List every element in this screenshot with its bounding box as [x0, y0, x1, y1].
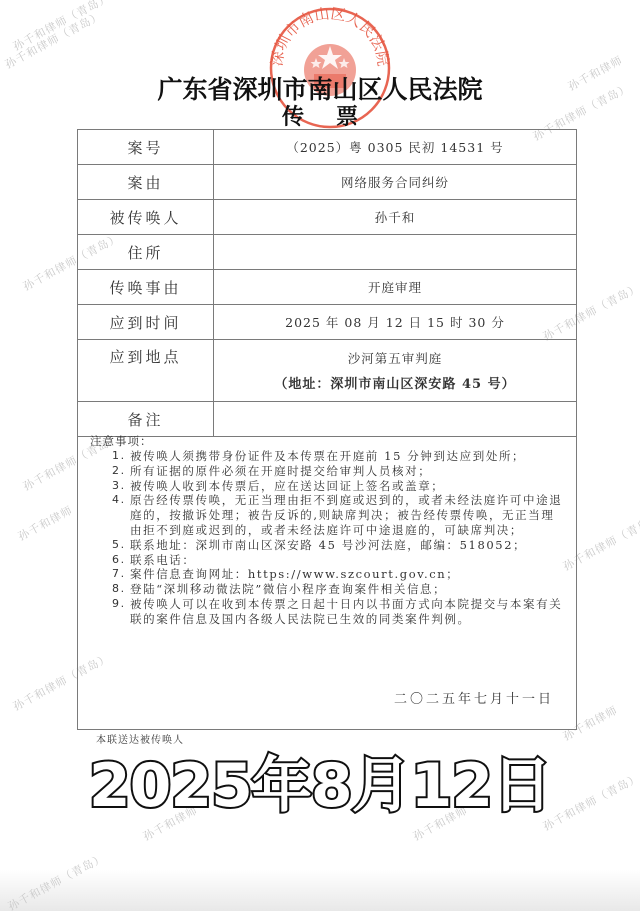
residence-value	[214, 235, 577, 270]
row-label: 应到时间	[78, 305, 214, 340]
summons-info-table: 案号 （2025）粤 0305 民初 14531 号 案由 网络服务合同纠纷 被…	[77, 129, 577, 437]
document-type-title: 传票	[0, 100, 640, 131]
item-number: 1.	[112, 449, 130, 464]
list-item: 4.原告经传票传唤，无正当理由拒不到庭或迟到的，或者未经法庭许可中途退庭的，按撤…	[112, 493, 567, 537]
doc-type-char: 票	[336, 104, 358, 130]
table-row: 应到时间 2025 年 08 月 12 日 15 时 30 分	[78, 305, 577, 340]
item-text: 原告经传票传唤，无正当理由拒不到庭或迟到的，或者未经法庭许可中途退庭的，按撤诉处…	[130, 493, 567, 537]
appearance-place-value: 沙河第五审判庭 （地址：深圳市南山区深安路 45 号）	[214, 340, 577, 402]
list-item: 9.被传唤人可以在收到本传票之日起十日内以书面方式向本院提交与本案有关联的案件信…	[112, 597, 567, 627]
date-caption-overlay: 2025年8月12日	[0, 738, 640, 824]
item-text: 所有证据的原件必须在开庭时提交给审判人员核对；	[130, 464, 567, 479]
item-number: 4.	[112, 493, 130, 537]
item-number: 8.	[112, 582, 130, 597]
appearance-time-value: 2025 年 08 月 12 日 15 时 30 分	[214, 305, 577, 340]
item-text: 联系地址：深圳市南山区深安路 45 号沙河法庭，邮编：518052；	[130, 538, 567, 553]
table-row: 案号 （2025）粤 0305 民初 14531 号	[78, 130, 577, 165]
doc-type-char: 传	[282, 104, 304, 130]
issue-date: 二〇二五年七月十一日	[394, 688, 554, 707]
list-item: 3.被传唤人收到本传票后，应在送达回证上签名或盖章；	[112, 479, 567, 494]
row-label: 被传唤人	[78, 200, 214, 235]
courtroom-address: （地址：深圳市南山区深安路 45 号）	[214, 373, 576, 392]
table-row: 案由 网络服务合同纠纷	[78, 165, 577, 200]
case-cause-value: 网络服务合同纠纷	[214, 165, 577, 200]
item-number: 3.	[112, 479, 130, 494]
item-number: 2.	[112, 464, 130, 479]
row-label: 案由	[78, 165, 214, 200]
list-item: 6.联系电话：	[112, 553, 567, 568]
list-item: 7.案件信息查询网址：https://www.szcourt.gov.cn；	[112, 567, 567, 582]
list-item: 1.被传唤人须携带身份证件及本传票在开庭前 15 分钟到达应到处所；	[112, 449, 567, 464]
notes-list: 1.被传唤人须携带身份证件及本传票在开庭前 15 分钟到达应到处所； 2.所有证…	[112, 449, 567, 627]
item-text: 案件信息查询网址：https://www.szcourt.gov.cn；	[130, 567, 567, 582]
item-number: 6.	[112, 553, 130, 568]
list-item: 8.登陆“深圳移动微法院”微信小程序查询案件相关信息；	[112, 582, 567, 597]
item-number: 9.	[112, 597, 130, 627]
row-label: 应到地点	[78, 340, 214, 402]
item-text: 被传唤人可以在收到本传票之日起十日内以书面方式向本院提交与本案有关联的案件信息及…	[130, 597, 567, 627]
notes-section: 注意事项： 1.被传唤人须携带身份证件及本传票在开庭前 15 分钟到达应到处所；…	[77, 430, 577, 730]
item-text: 被传唤人收到本传票后，应在送达回证上签名或盖章；	[130, 479, 567, 494]
row-label: 传唤事由	[78, 270, 214, 305]
item-text: 登陆“深圳移动微法院”微信小程序查询案件相关信息；	[130, 582, 567, 597]
table-row: 应到地点 沙河第五审判庭 （地址：深圳市南山区深安路 45 号）	[78, 340, 577, 402]
item-text: 联系电话：	[130, 553, 567, 568]
row-label: 住所	[78, 235, 214, 270]
item-number: 7.	[112, 567, 130, 582]
item-number: 5.	[112, 538, 130, 553]
notes-heading: 注意事项：	[90, 433, 153, 449]
courtroom-name: 沙河第五审判庭	[348, 351, 443, 366]
list-item: 5.联系地址：深圳市南山区深安路 45 号沙河法庭，邮编：518052；	[112, 538, 567, 553]
table-row: 住所	[78, 235, 577, 270]
summoned-person-value: 孙千和	[214, 200, 577, 235]
table-row: 传唤事由 开庭审理	[78, 270, 577, 305]
row-label: 案号	[78, 130, 214, 165]
watermark: 孙千和律师	[15, 502, 75, 544]
case-number-value: （2025）粤 0305 民初 14531 号	[214, 130, 577, 165]
bottom-shadow	[0, 870, 640, 911]
summons-reason-value: 开庭审理	[214, 270, 577, 305]
list-item: 2.所有证据的原件必须在开庭时提交给审判人员核对；	[112, 464, 567, 479]
table-row: 被传唤人 孙千和	[78, 200, 577, 235]
item-text: 被传唤人须携带身份证件及本传票在开庭前 15 分钟到达应到处所；	[130, 449, 567, 464]
